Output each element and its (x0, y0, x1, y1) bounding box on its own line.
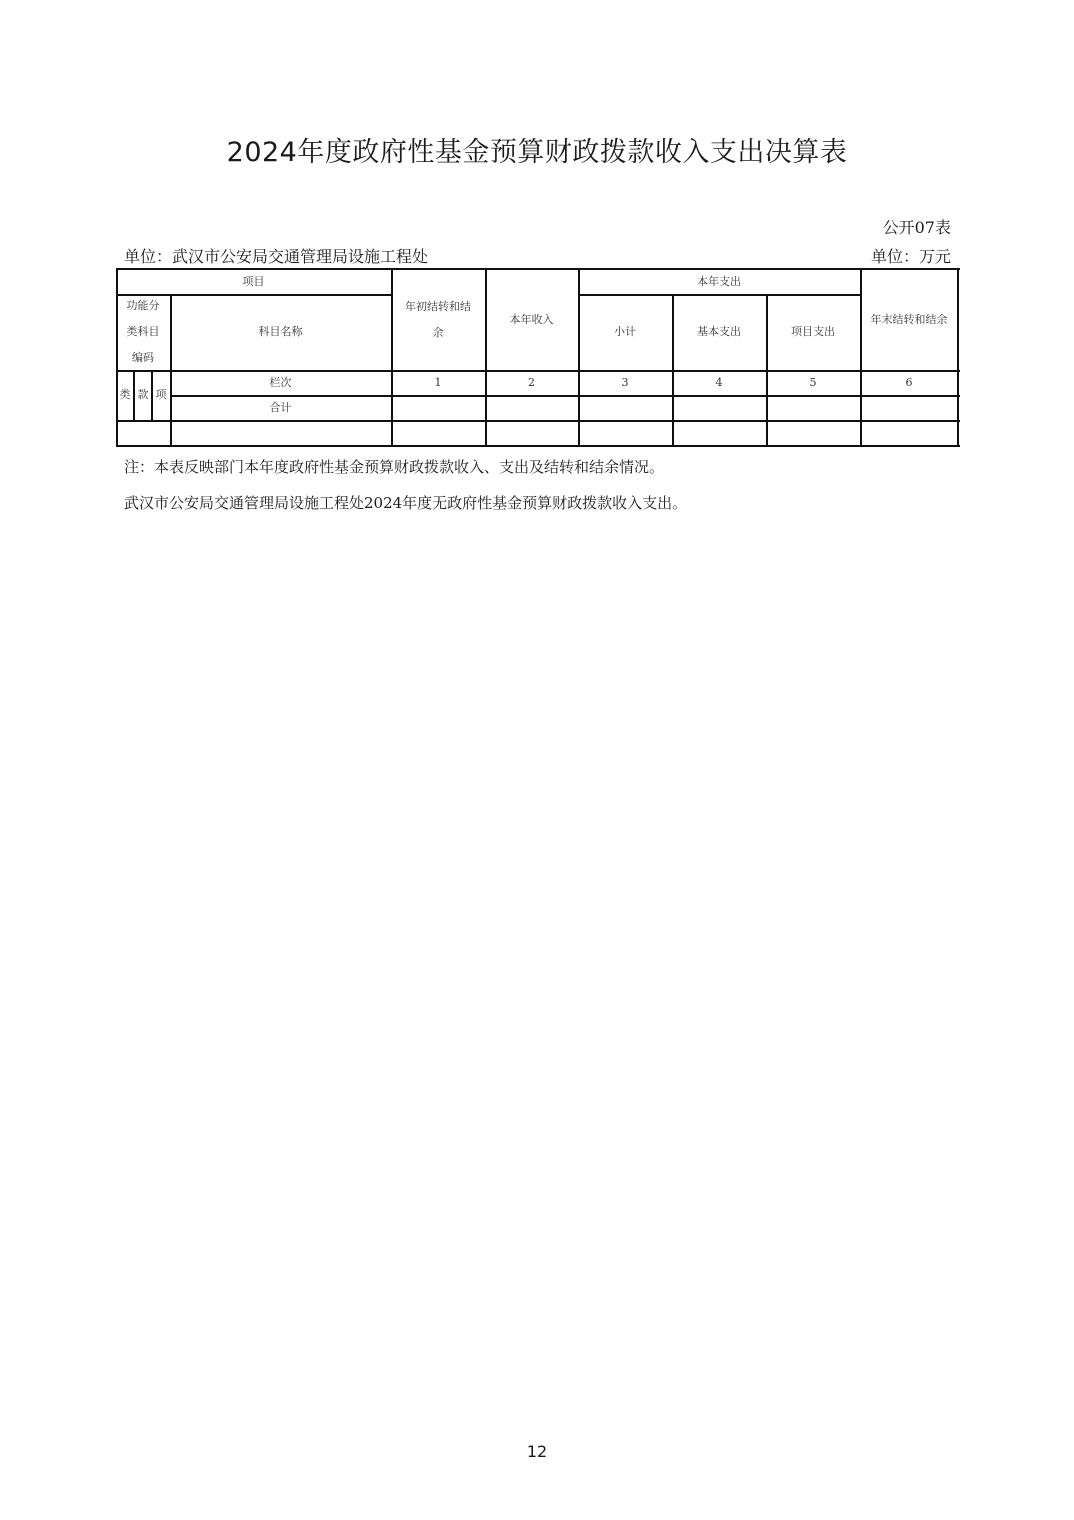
header-basic-expense: 基本支出 (672, 294, 766, 370)
table-cell (485, 395, 578, 420)
table-rule (578, 294, 862, 296)
table-code: 公开07表 (883, 215, 951, 238)
table-rule (672, 294, 674, 447)
table-cell (578, 395, 672, 420)
table-rule (170, 395, 960, 397)
table-cell: 3 (578, 370, 672, 395)
table-cell (672, 420, 766, 446)
table-cell: 6 (860, 370, 958, 395)
table-rule (860, 268, 862, 447)
unit-organization: 单位：武汉市公安局交通管理局设施工程处 (124, 244, 428, 267)
table-cell (391, 395, 485, 420)
table-cell (766, 395, 860, 420)
row-label: 合计 (170, 395, 391, 420)
header-project: 项目 (116, 269, 391, 294)
table-cell: 2 (485, 370, 578, 395)
table-rule (170, 294, 172, 447)
table-rule (151, 370, 153, 422)
table-cell (391, 420, 485, 446)
table-cell (860, 420, 958, 446)
header-section: 款 (134, 370, 152, 420)
header-project-expense: 项目支出 (766, 294, 860, 370)
header-current-expense: 本年支出 (578, 269, 860, 294)
table-cell (578, 420, 672, 446)
unit-currency: 单位：万元 (871, 244, 951, 267)
table-rule (133, 370, 135, 422)
table-rule (957, 268, 959, 447)
table-rule (116, 370, 960, 372)
table-cell: 1 (391, 370, 485, 395)
table-rule (391, 268, 393, 447)
table-cell (672, 395, 766, 420)
table-rule (116, 268, 960, 270)
row-label (170, 420, 391, 446)
table-cell (485, 420, 578, 446)
row-label: 栏次 (170, 370, 391, 395)
note-description: 注：本表反映部门本年度政府性基金预算财政拨款收入、支出及结转和结余情况。 (124, 456, 664, 477)
header-subject-name: 科目名称 (170, 294, 391, 370)
header-opening-balance: 年初结转和结余 (391, 269, 485, 370)
page-number: 12 (0, 1442, 1074, 1461)
table-rule (116, 445, 960, 447)
table-rule (485, 268, 487, 447)
table-rule (116, 268, 118, 447)
header-closing-balance: 年末结转和结余 (860, 269, 958, 370)
header-item: 项 (152, 370, 170, 420)
note-no-data: 武汉市公安局交通管理局设施工程处2024年度无政府性基金预算财政拨款收入支出。 (124, 492, 687, 513)
header-func-code: 功能分类科目编码 (116, 294, 170, 370)
table-rule (766, 294, 768, 447)
header-current-income: 本年收入 (485, 269, 578, 370)
document-title: 2024年度政府性基金预算财政拨款收入支出决算表 (0, 130, 1074, 169)
table-rule (116, 420, 960, 422)
table-cell (766, 420, 860, 446)
table-rule (116, 294, 393, 296)
table-cell: 4 (672, 370, 766, 395)
header-subtotal: 小计 (578, 294, 672, 370)
table-rule (578, 268, 580, 447)
table-cell (860, 395, 958, 420)
header-class: 类 (116, 370, 134, 420)
table-cell: 5 (766, 370, 860, 395)
